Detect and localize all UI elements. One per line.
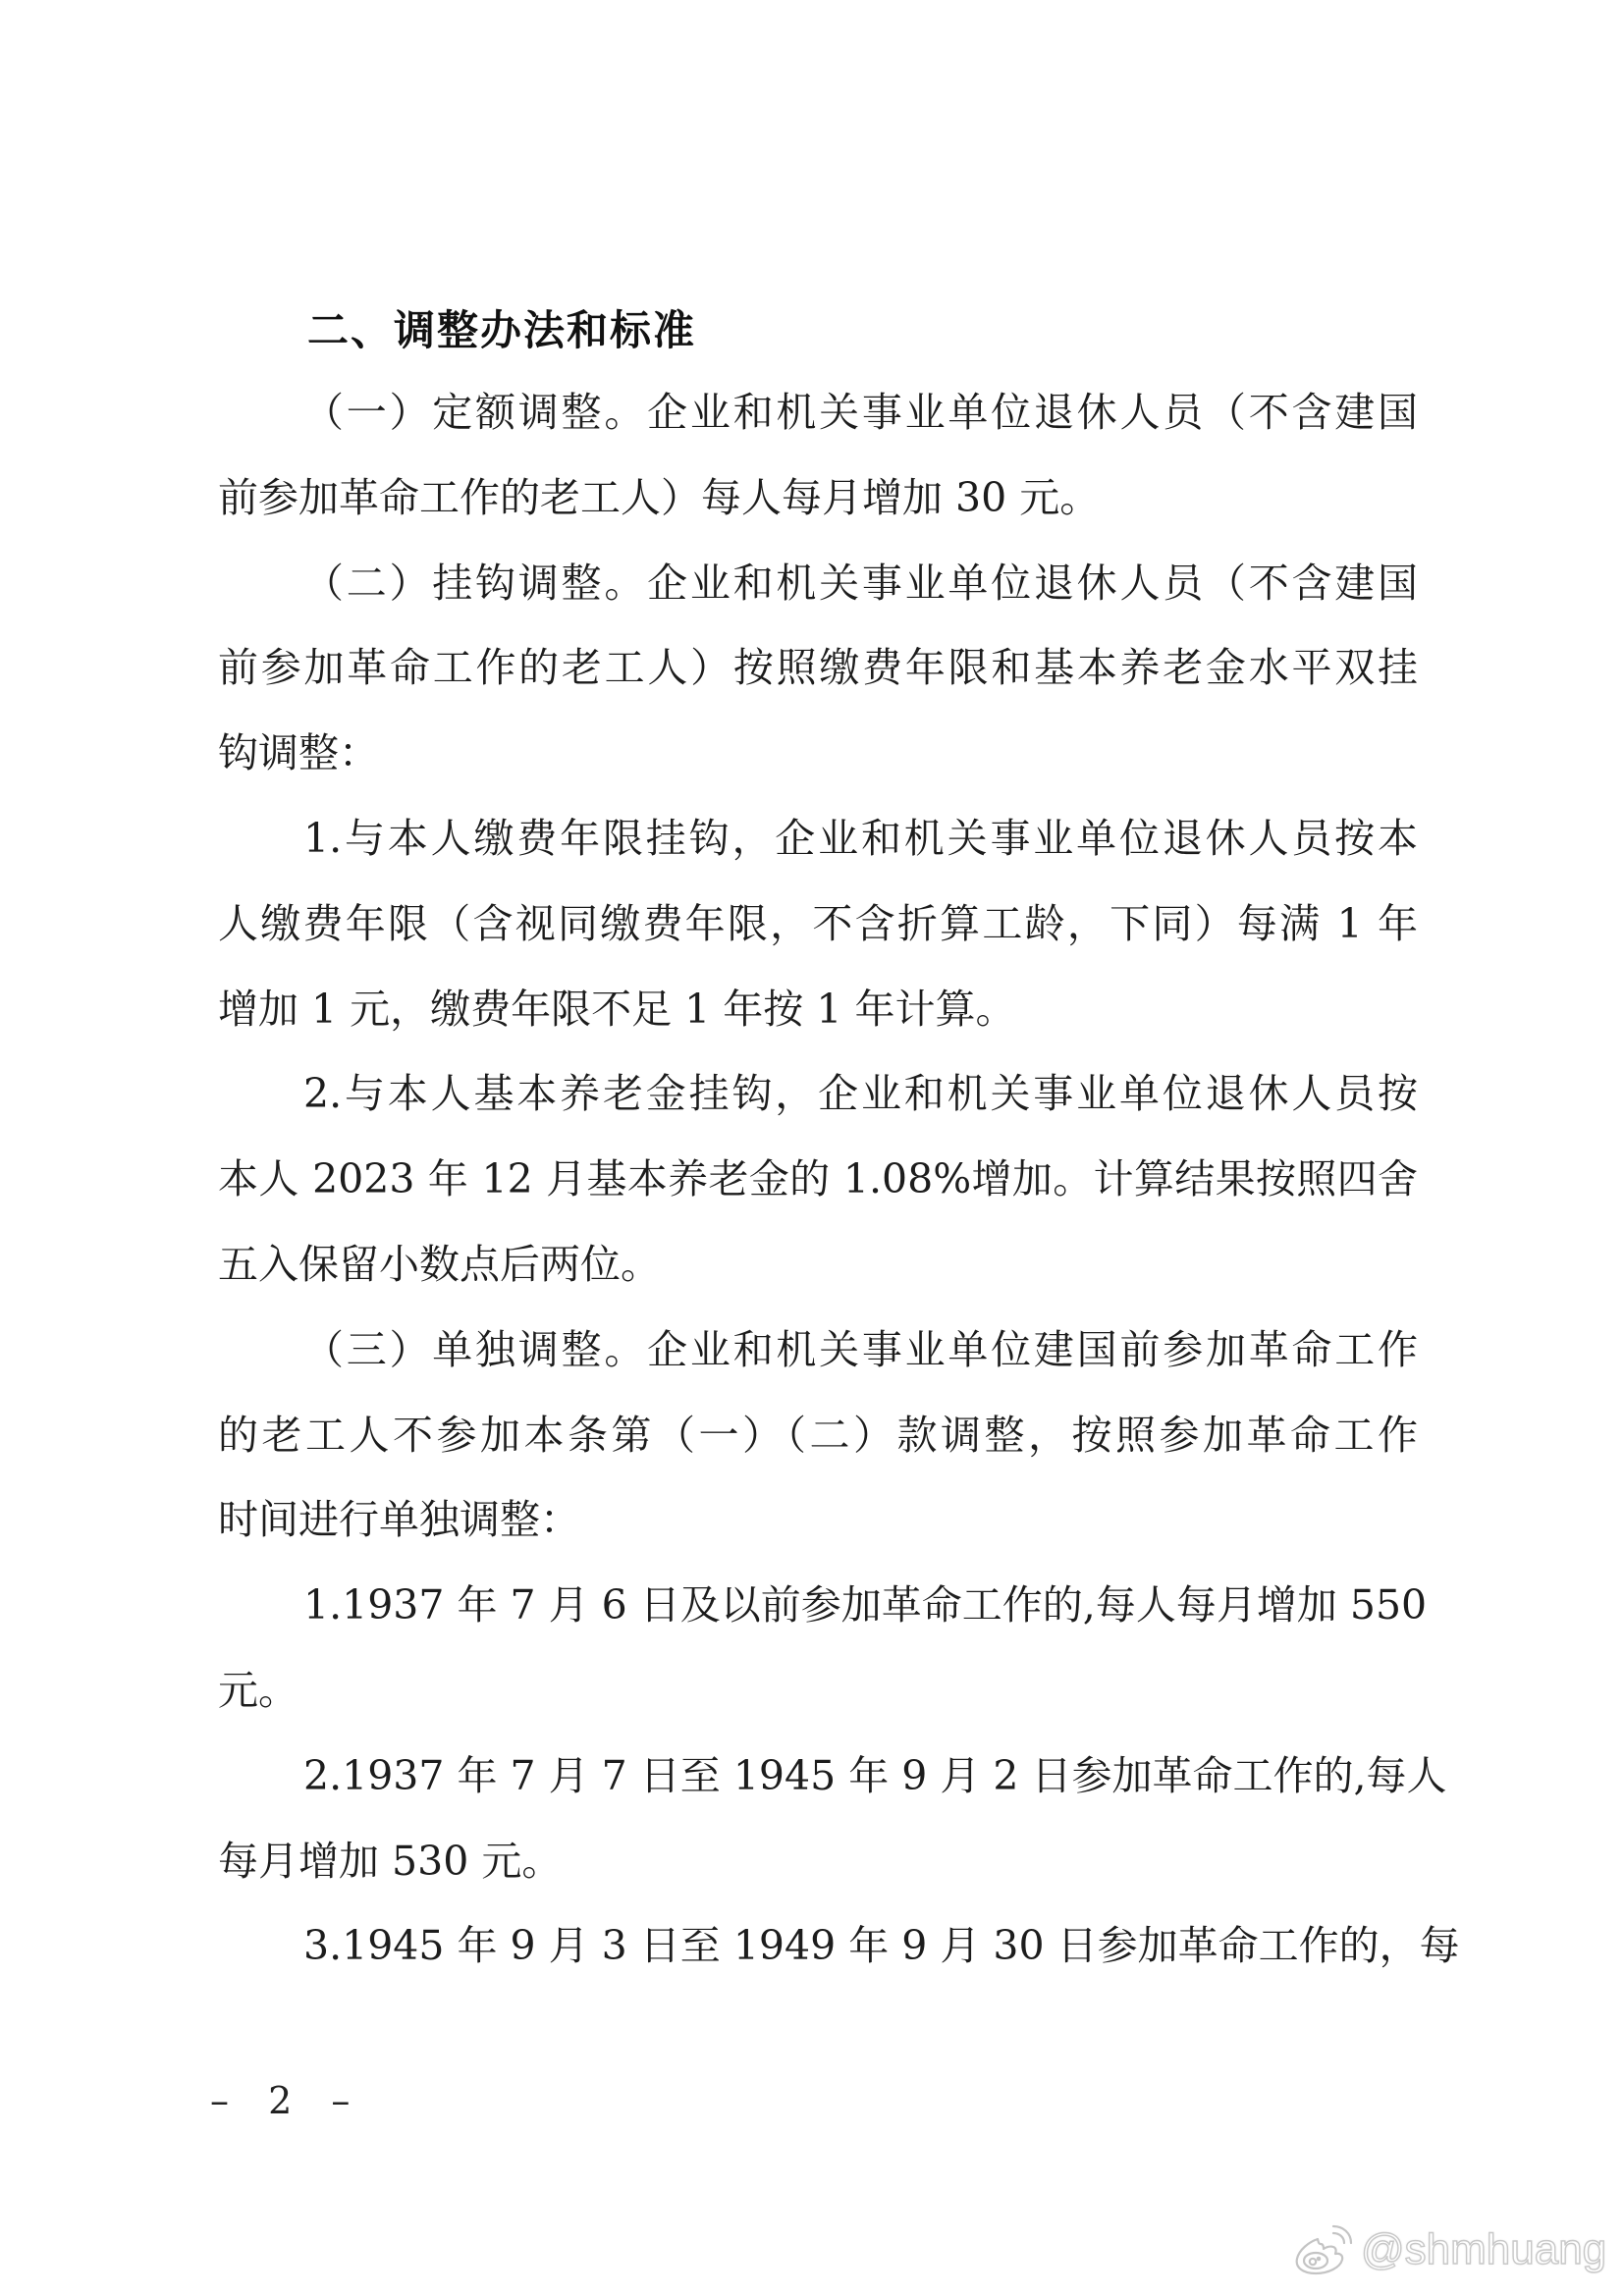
text-line: 元。 bbox=[218, 1661, 1418, 1720]
text-line: （二）挂钩调整。企业和机关事业单位退休人员（不含建国 bbox=[303, 554, 1418, 613]
text-line: 时间进行单独调整： bbox=[218, 1490, 1418, 1549]
text-line: （三）单独调整。企业和机关事业单位建国前参加革命工作 bbox=[303, 1320, 1418, 1379]
text-line: 2.与本人基本养老金挂钩，企业和机关事业单位退休人员按 bbox=[303, 1064, 1418, 1123]
text-line: 2.1937 年 7 月 7 日至 1945 年 9 月 2 日参加革命工作的,… bbox=[303, 1746, 1418, 1805]
watermark: @shmhuang bbox=[1292, 2220, 1606, 2279]
text-line: 五入保留小数点后两位。 bbox=[218, 1235, 1418, 1294]
text-line: 人缴费年限（含视同缴费年限，不含折算工龄，下同）每满 1 年 bbox=[218, 894, 1418, 953]
text-line: 本人 2023 年 12 月基本养老金的 1.08%增加。计算结果按照四舍 bbox=[218, 1149, 1418, 1208]
text-line: 3.1945 年 9 月 3 日至 1949 年 9 月 30 日参加革命工作的… bbox=[303, 1916, 1418, 1975]
text-line: 1.1937 年 7 月 6 日及以前参加革命工作的,每人每月增加 550 bbox=[303, 1575, 1418, 1634]
section-heading: 二、调整办法和标准 bbox=[307, 301, 696, 360]
document-page: 二、调整办法和标准 （一）定额调整。企业和机关事业单位退休人员（不含建国 前参加… bbox=[0, 0, 1624, 2296]
text-line: 1.与本人缴费年限挂钩，企业和机关事业单位退休人员按本 bbox=[303, 809, 1418, 868]
text-line: 前参加革命工作的老工人）每人每月增加 30 元。 bbox=[218, 468, 1418, 527]
text-line: 每月增加 530 元。 bbox=[218, 1832, 1418, 1891]
text-line: 前参加革命工作的老工人）按照缴费年限和基本养老金水平双挂 bbox=[218, 638, 1418, 697]
text-line: 增加 1 元，缴费年限不足 1 年按 1 年计算。 bbox=[218, 980, 1418, 1039]
page-number: – 2 – bbox=[210, 2079, 363, 2122]
text-line: 的老工人不参加本条第（一）（二）款调整，按照参加革命工作 bbox=[218, 1406, 1418, 1465]
text-line: （一）定额调整。企业和机关事业单位退休人员（不含建国 bbox=[303, 383, 1418, 442]
weibo-logo-icon bbox=[1292, 2223, 1355, 2276]
text-line: 钩调整： bbox=[218, 723, 1418, 782]
watermark-handle: @shmhuang bbox=[1361, 2220, 1606, 2279]
